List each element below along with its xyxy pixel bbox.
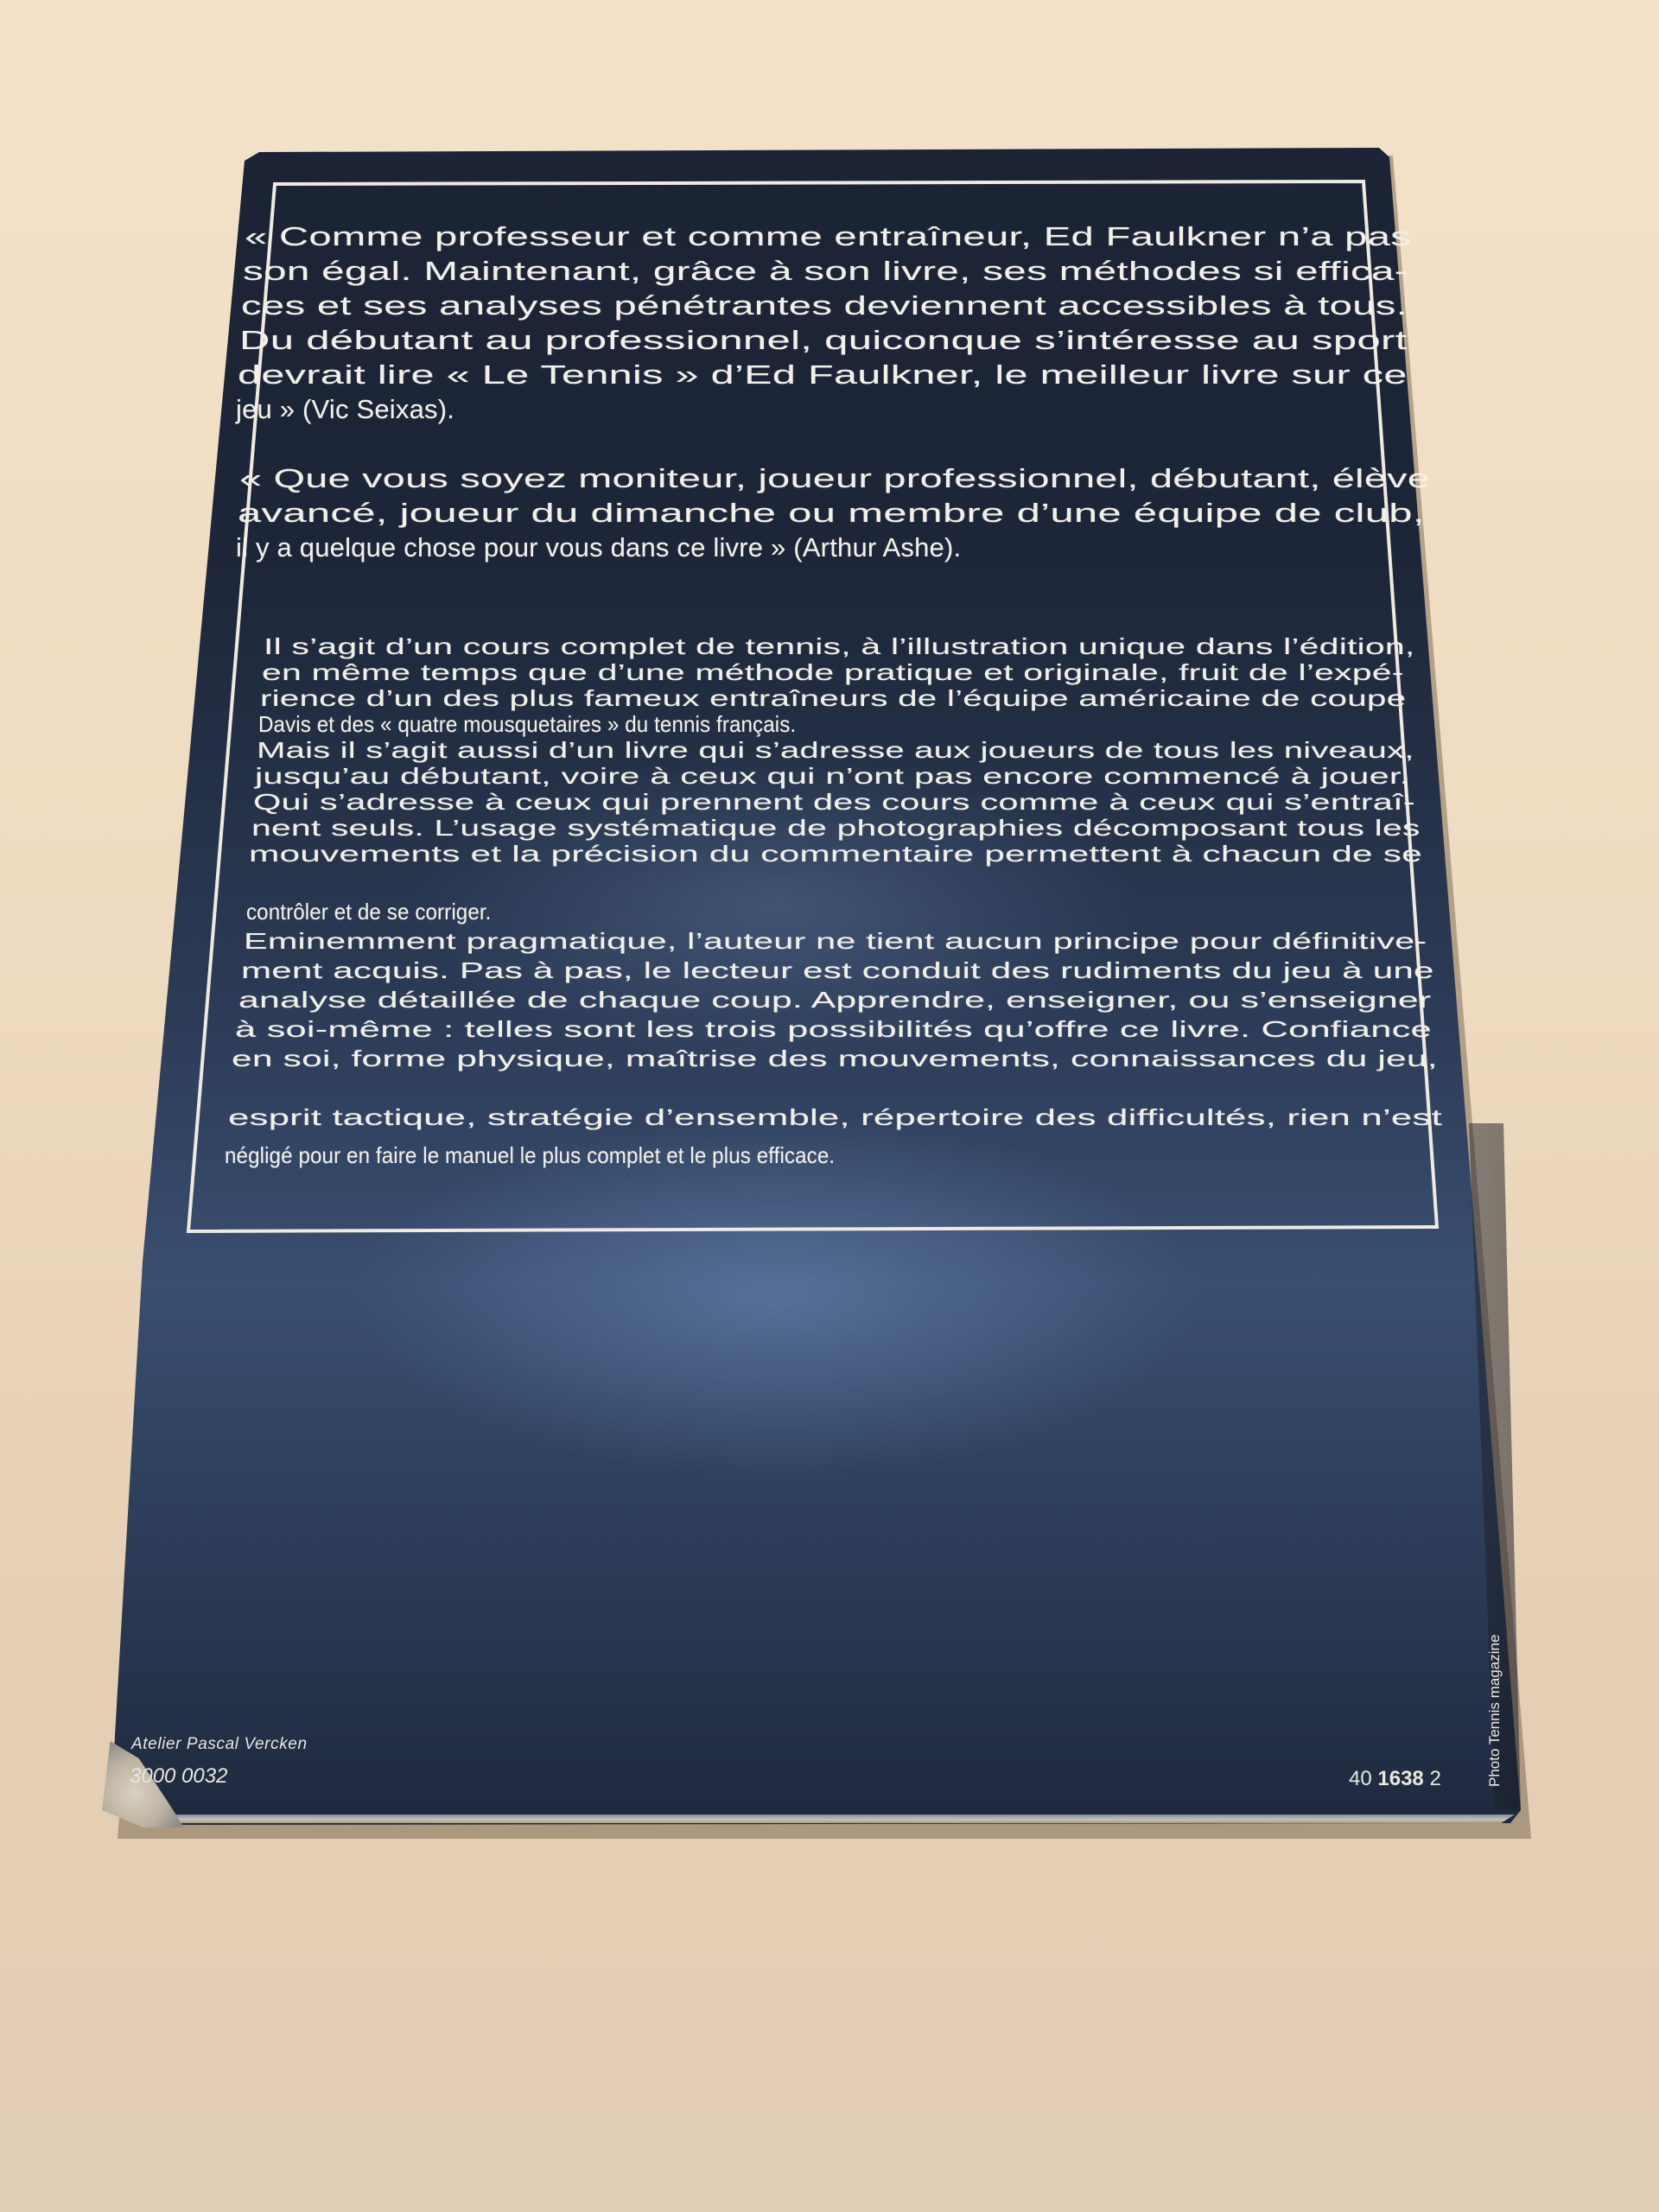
description-line: analyse détaillée de chaque coup. Appren… xyxy=(238,987,1431,1014)
quote-line: jeu » (Vic Seixas). xyxy=(236,394,454,425)
quote-line: ces et ses analyses pénétrantes devienne… xyxy=(241,290,1408,321)
catalog-prefix: 40 xyxy=(1349,1767,1372,1790)
photo-credit: Photo Tennis magazine xyxy=(1486,1635,1503,1787)
description-line: en même temps que d’une méthode pratique… xyxy=(262,659,1404,686)
description-line: rience d’un des plus fameux entraîneurs … xyxy=(260,685,1406,712)
book-bottom-edge xyxy=(154,1815,1515,1823)
quote-line: Du débutant au professionnel, quiconque … xyxy=(239,325,1408,356)
description-line: jusqu’au débutant, voire à ceux qui n’on… xyxy=(255,763,1409,790)
description-line: contrôler et de se corriger. xyxy=(246,899,492,925)
description-line: Davis et des « quatre mousquetaires » du… xyxy=(258,711,796,738)
description-line: nent seuls. L’usage systématique de phot… xyxy=(251,815,1421,842)
catalog-number: 40 1638 2 xyxy=(1349,1767,1441,1791)
description-line: à soi-même : telles sont les trois possi… xyxy=(235,1016,1432,1043)
quote-line: « Que vous soyez moniteur, joueur profes… xyxy=(239,463,1430,494)
description-line: Eminemment pragmatique, l’auteur ne tien… xyxy=(244,928,1427,955)
quote-line: son égal. Maintenant, grâce à son livre,… xyxy=(243,256,1408,287)
catalog-suffix: 2 xyxy=(1429,1767,1440,1790)
quote-line: devrait lire « Le Tennis » d’Ed Faulkner… xyxy=(238,359,1408,391)
description-line: Qui s’adresse à ceux qui prennent des co… xyxy=(253,789,1415,816)
design-credit: Atelier Pascal Vercken xyxy=(131,1735,308,1754)
description-line: négligé pour en faire le manuel le plus … xyxy=(225,1142,835,1169)
description-line: Mais il s’agit aussi d’un livre qui s’ad… xyxy=(257,737,1414,764)
description-line: esprit tactique, stratégie d’ensemble, r… xyxy=(228,1104,1442,1131)
description-line: Il s’agit d’un cours complet de tennis, … xyxy=(264,633,1414,660)
quote-line: avancé, joueur du dimanche ou membre d’u… xyxy=(238,498,1425,529)
catalog-main: 1638 xyxy=(1377,1767,1423,1790)
description-line: en soi, forme physique, maîtrise des mou… xyxy=(232,1046,1438,1072)
product-code: 3000 0032 xyxy=(130,1764,227,1789)
quote-line: « Comme professeur et comme entraîneur, … xyxy=(245,221,1411,252)
description-line: ment acquis. Pas à pas, le lecteur est c… xyxy=(241,957,1434,984)
quote-line: il y a quelque chose pour vous dans ce l… xyxy=(236,532,961,563)
description-line: mouvements et la précision du commentair… xyxy=(249,841,1422,868)
